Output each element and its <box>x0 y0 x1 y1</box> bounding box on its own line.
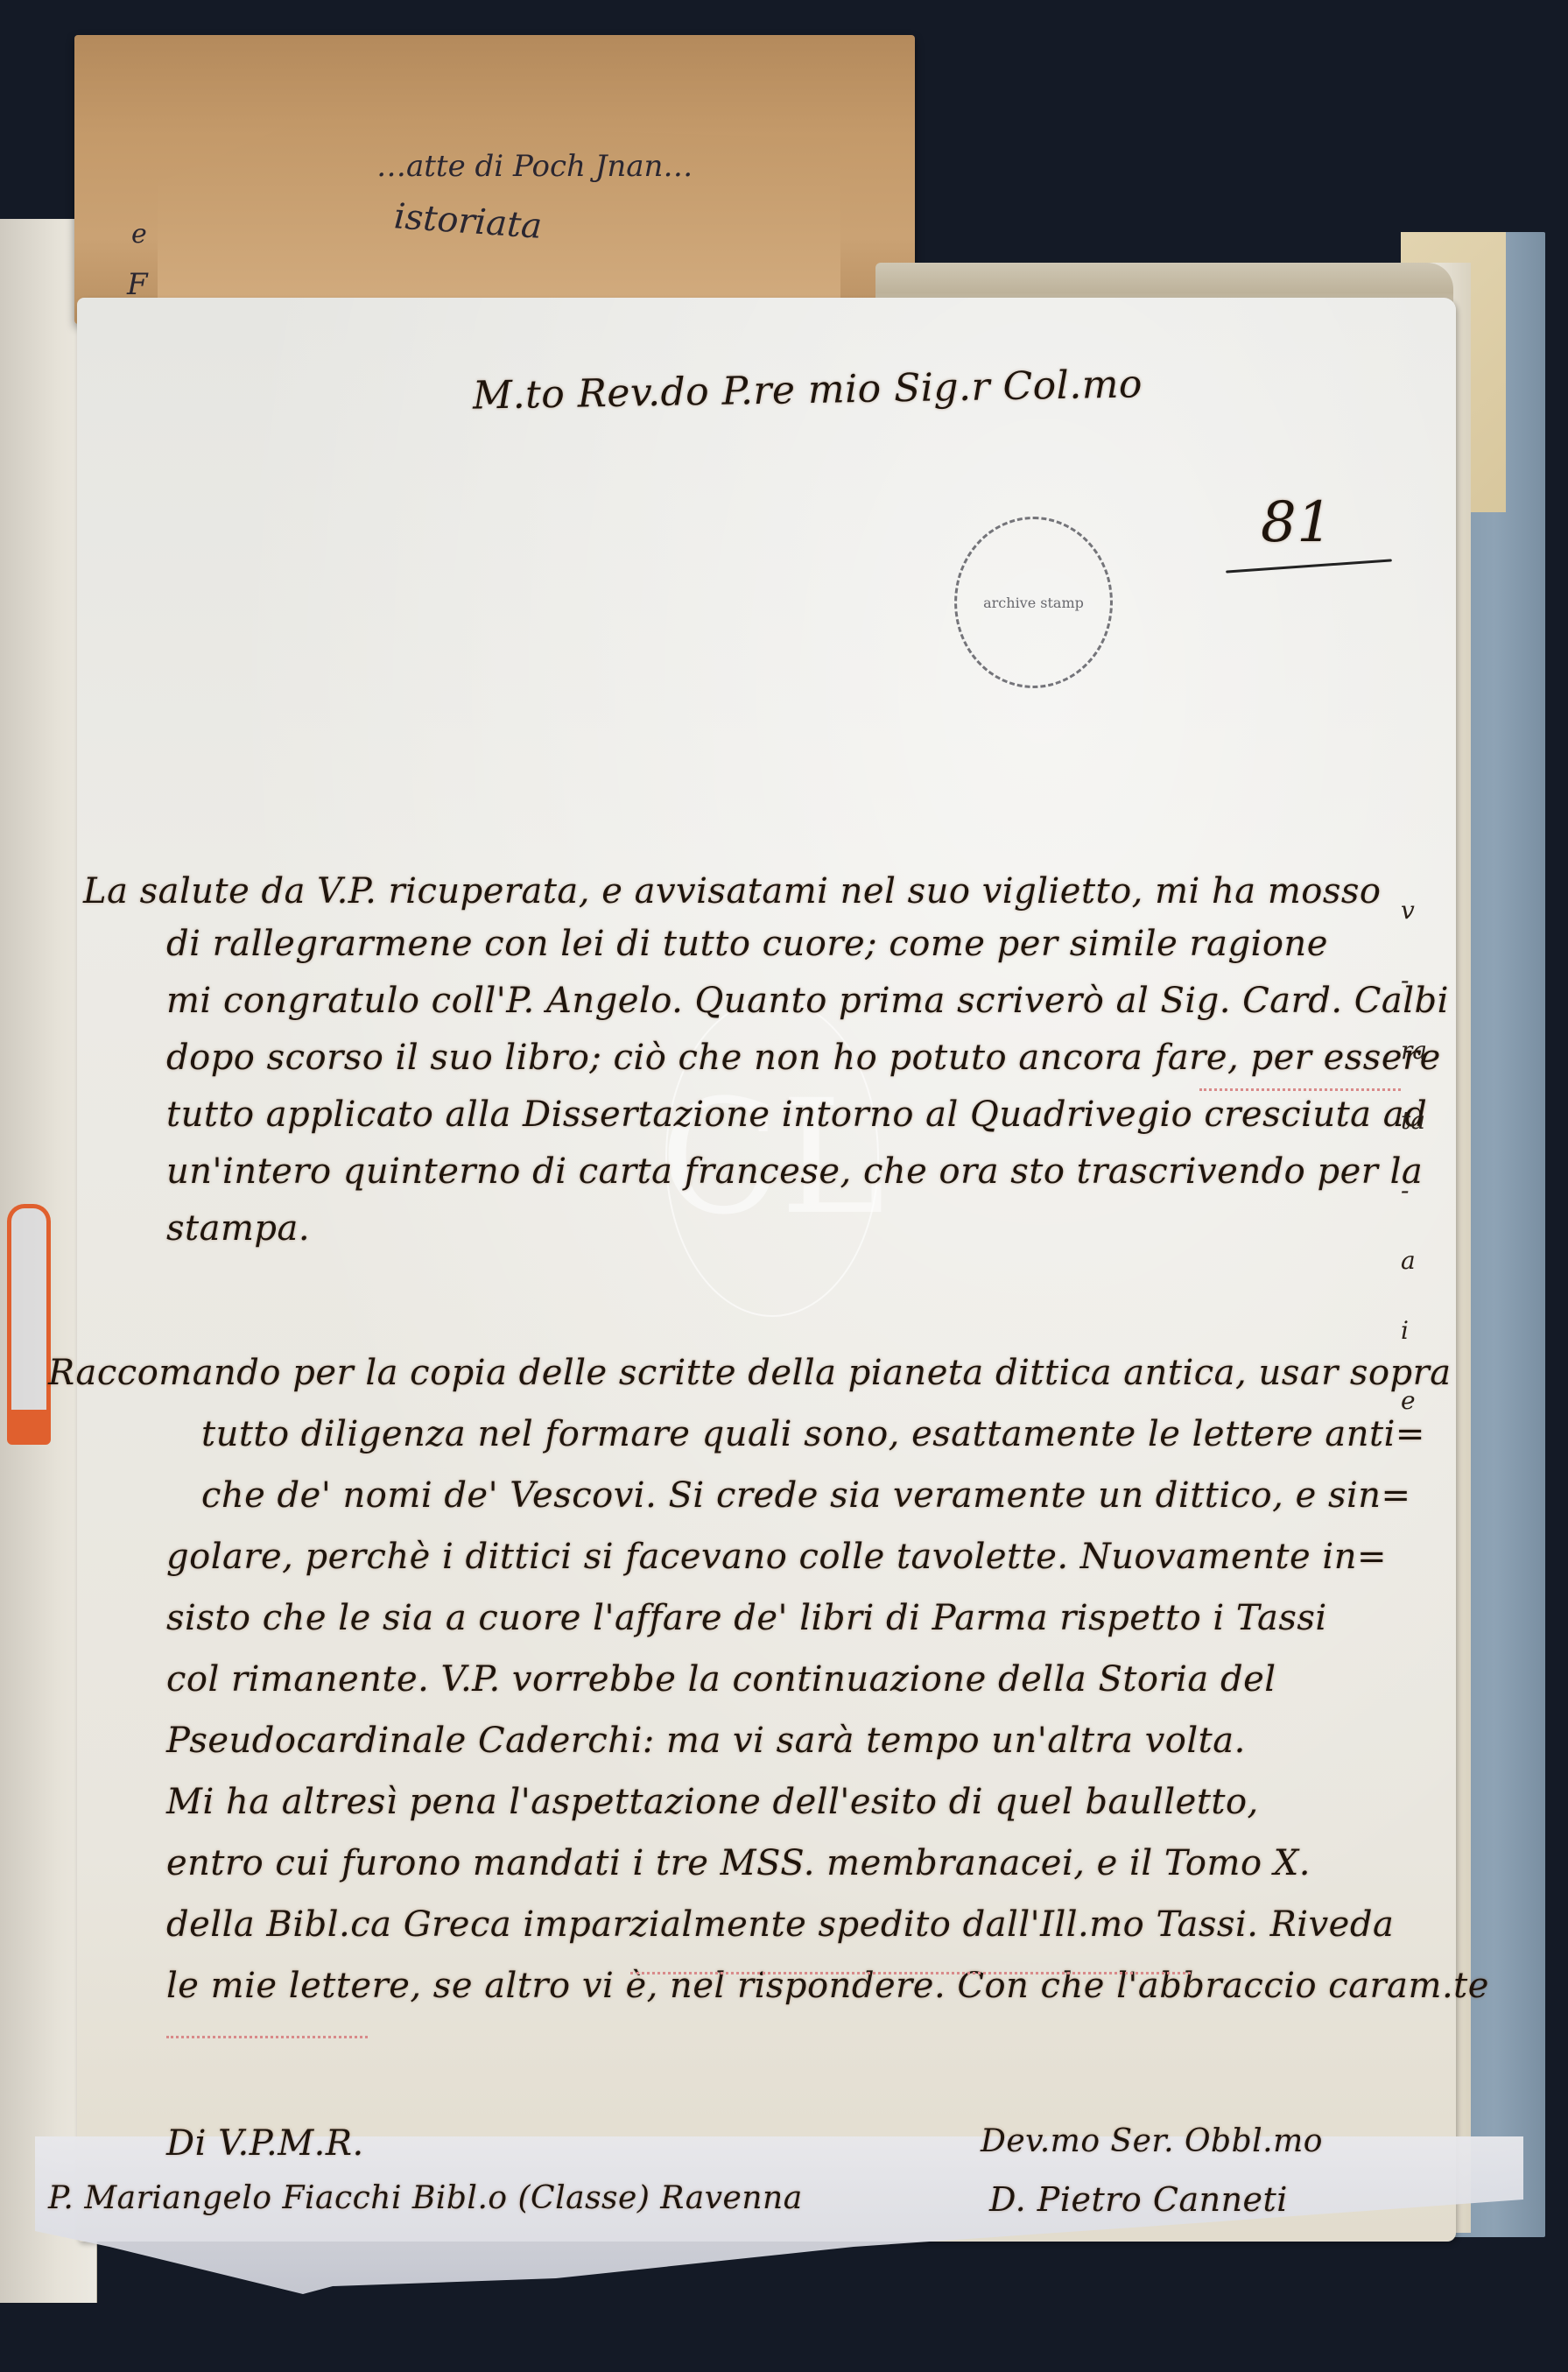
margin-mark: i <box>1401 1296 1427 1366</box>
letter-line: golare, perchè i dittici si facevano col… <box>166 1537 1387 1577</box>
signature: D. Pietro Canneti <box>989 2180 1288 2219</box>
letter-line: di rallegrarmene con lei di tutto cuore;… <box>166 924 1328 964</box>
red-pencil-underline <box>630 1972 1191 1974</box>
red-pencil-underline <box>1199 1088 1401 1091</box>
letter-line: Pseudocardinale Caderchi: ma vi sarà tem… <box>166 1721 1246 1761</box>
letter-line: tutto diligenza nel formare quali sono, … <box>201 1414 1425 1454</box>
letter-line: Mi ha altresì pena l'aspettazione dell'e… <box>166 1782 1259 1822</box>
margin-mark: - <box>1401 946 1427 1016</box>
closing-left: Di V.P.M.R. <box>166 2123 364 2164</box>
letter-line: tutto applicato alla Dissertazione intor… <box>166 1094 1427 1135</box>
letter-line: che de' nomi de' Vescovi. Si crede sia v… <box>201 1475 1411 1516</box>
stamp-label: archive stamp <box>983 595 1084 611</box>
red-pencil-mark <box>7 1204 51 1445</box>
margin-marks: v - ra ta - a i e <box>1401 876 1427 2189</box>
letter-line: stampa. <box>166 1208 310 1249</box>
letter-line: dopo scorso il suo libro; ciò che non ho… <box>166 1038 1441 1078</box>
addressee: P. Mariangelo Fiacchi Bibl.o (Classe) Ra… <box>48 2180 803 2216</box>
margin-mark: a <box>1401 1226 1427 1296</box>
margin-mark: ra <box>1401 1016 1427 1086</box>
letter-line: entro cui furono mandati i tre MSS. memb… <box>166 1843 1311 1883</box>
envelope-side-mark-2: F <box>127 267 148 302</box>
envelope-label-top: …atte di Poch Jnan… <box>376 149 693 184</box>
letter-line: della Bibl.ca Greca imparzialmente spedi… <box>166 1904 1394 1945</box>
letter-line: col rimanente. V.P. vorrebbe la continua… <box>166 1659 1276 1700</box>
letter-line: un'intero quinterno di carta francese, c… <box>166 1151 1423 1192</box>
letter-line: La salute da V.P. ricuperata, e avvisata… <box>83 871 1382 911</box>
margin-mark: ta <box>1401 1086 1427 1156</box>
archive-stamp: archive stamp <box>954 517 1113 688</box>
folio-number: 81 <box>1261 490 1332 555</box>
margin-mark: e <box>1401 1366 1427 1436</box>
closing-right: Dev.mo Ser. Obbl.mo <box>981 2123 1323 2159</box>
letter-line: mi congratulo coll'P. Angelo. Quanto pri… <box>166 981 1449 1021</box>
margin-mark: v <box>1401 876 1427 946</box>
margin-mark: - <box>1401 1156 1427 1226</box>
letter-line: Raccomando per la copia delle scritte de… <box>48 1353 1452 1393</box>
red-pencil-underline <box>166 2036 368 2038</box>
letter-line: sisto che le sia a cuore l'affare de' li… <box>166 1598 1327 1638</box>
envelope-side-mark-1: e <box>131 219 147 250</box>
